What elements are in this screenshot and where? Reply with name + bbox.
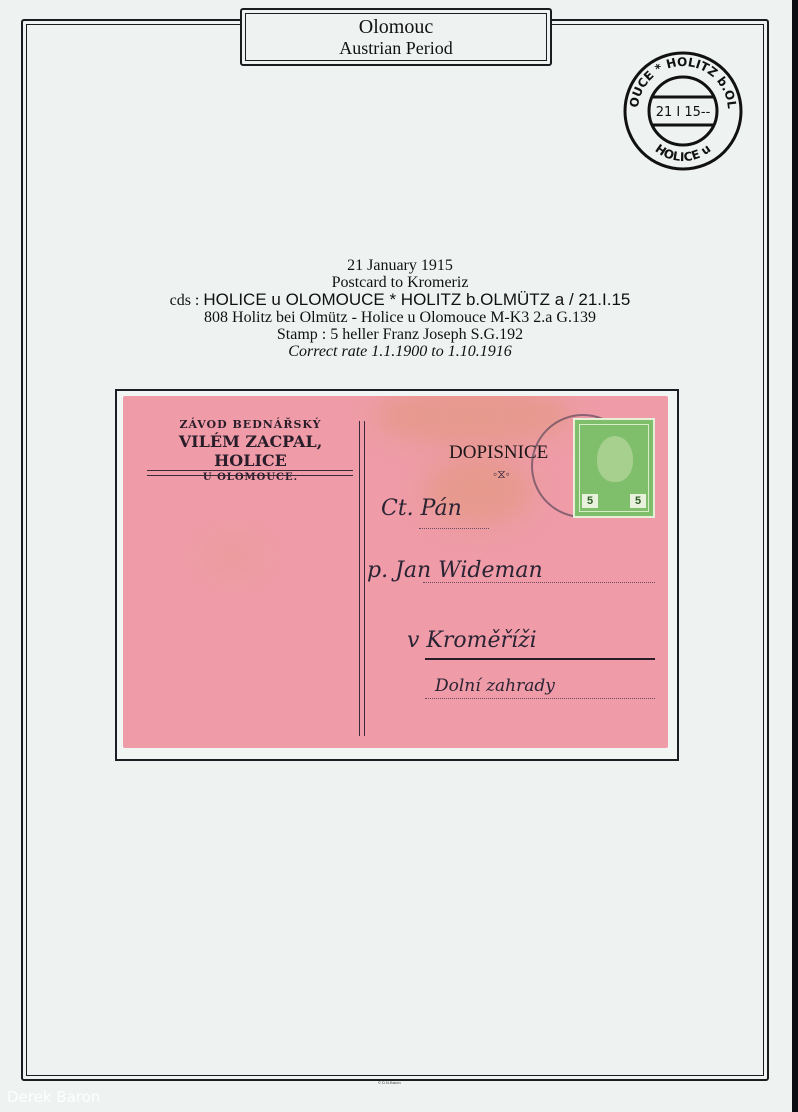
caption-rate: Correct rate 1.1.1900 to 1.10.1916 — [110, 343, 690, 360]
page-subtitle: Austrian Period — [246, 38, 546, 58]
caption-stamp: Stamp : 5 heller Franz Joseph S.G.192 — [110, 326, 690, 343]
address-line-1: Ct. Pán — [381, 496, 462, 521]
address-rule-4 — [425, 698, 655, 699]
card-divider — [359, 421, 365, 736]
caption-description: Postcard to Kromeriz — [110, 274, 690, 291]
sender-line-2: VILÉM ZACPAL, HOLICE — [143, 432, 358, 470]
stamp-value-right: 5 — [630, 494, 646, 508]
address-rule-2 — [423, 582, 655, 583]
address-line-2: p. Jan Wideman — [367, 558, 543, 583]
address-rule-3 — [425, 658, 655, 660]
postcard-mount: ZÁVOD BEDNÁŘSKÝ VILÉM ZACPAL, HOLICE U O… — [115, 389, 679, 761]
portrait-icon — [597, 436, 633, 482]
address-line-4: Dolní zahrady — [435, 676, 555, 696]
postmark-date: 21 I 15-- — [656, 105, 711, 120]
postmark-illustration: OLOMOUCE * HOLITZ b.OLMÜTZ HOLICE u 21 I… — [620, 48, 746, 174]
ornament-icon: ◦⧖◦ — [493, 467, 510, 482]
svg-text:OLOMOUCE * HOLITZ b.OLMÜTZ: OLOMOUCE * HOLITZ b.OLMÜTZ — [620, 48, 739, 110]
postcard: ZÁVOD BEDNÁŘSKÝ VILÉM ZACPAL, HOLICE U O… — [123, 396, 668, 748]
postage-stamp: 5 5 — [573, 418, 655, 518]
address-line-3: v Kroměříži — [407, 628, 537, 653]
copyright: © D.N.Baron — [378, 1080, 401, 1085]
page-edge — [792, 0, 798, 1112]
caption-cds: cds : HOLICE u OLOMOUCE * HOLITZ b.OLMÜT… — [110, 291, 690, 309]
exhibit-caption: 21 January 1915 Postcard to Kromeriz cds… — [110, 257, 690, 360]
cds-prefix: cds : — [170, 292, 200, 309]
address-rule-1 — [419, 528, 489, 529]
page-title-box: Olomouc Austrian Period — [240, 8, 552, 66]
cds-text: HOLICE u OLOMOUCE * HOLITZ b.OLMÜTZ a / … — [203, 290, 630, 309]
sender-line-1: ZÁVOD BEDNÁŘSKÝ — [143, 418, 358, 431]
page-title: Olomouc — [246, 16, 546, 38]
stamp-value-left: 5 — [582, 494, 598, 508]
watermark: Derek Baron — [7, 1088, 100, 1106]
caption-reference: 808 Holitz bei Olmütz - Holice u Olomouc… — [110, 309, 690, 326]
caption-date: 21 January 1915 — [110, 257, 690, 274]
sender-rule — [147, 470, 353, 476]
postmark-top-text: OLOMOUCE * HOLITZ b.OLMÜTZ — [620, 48, 739, 110]
